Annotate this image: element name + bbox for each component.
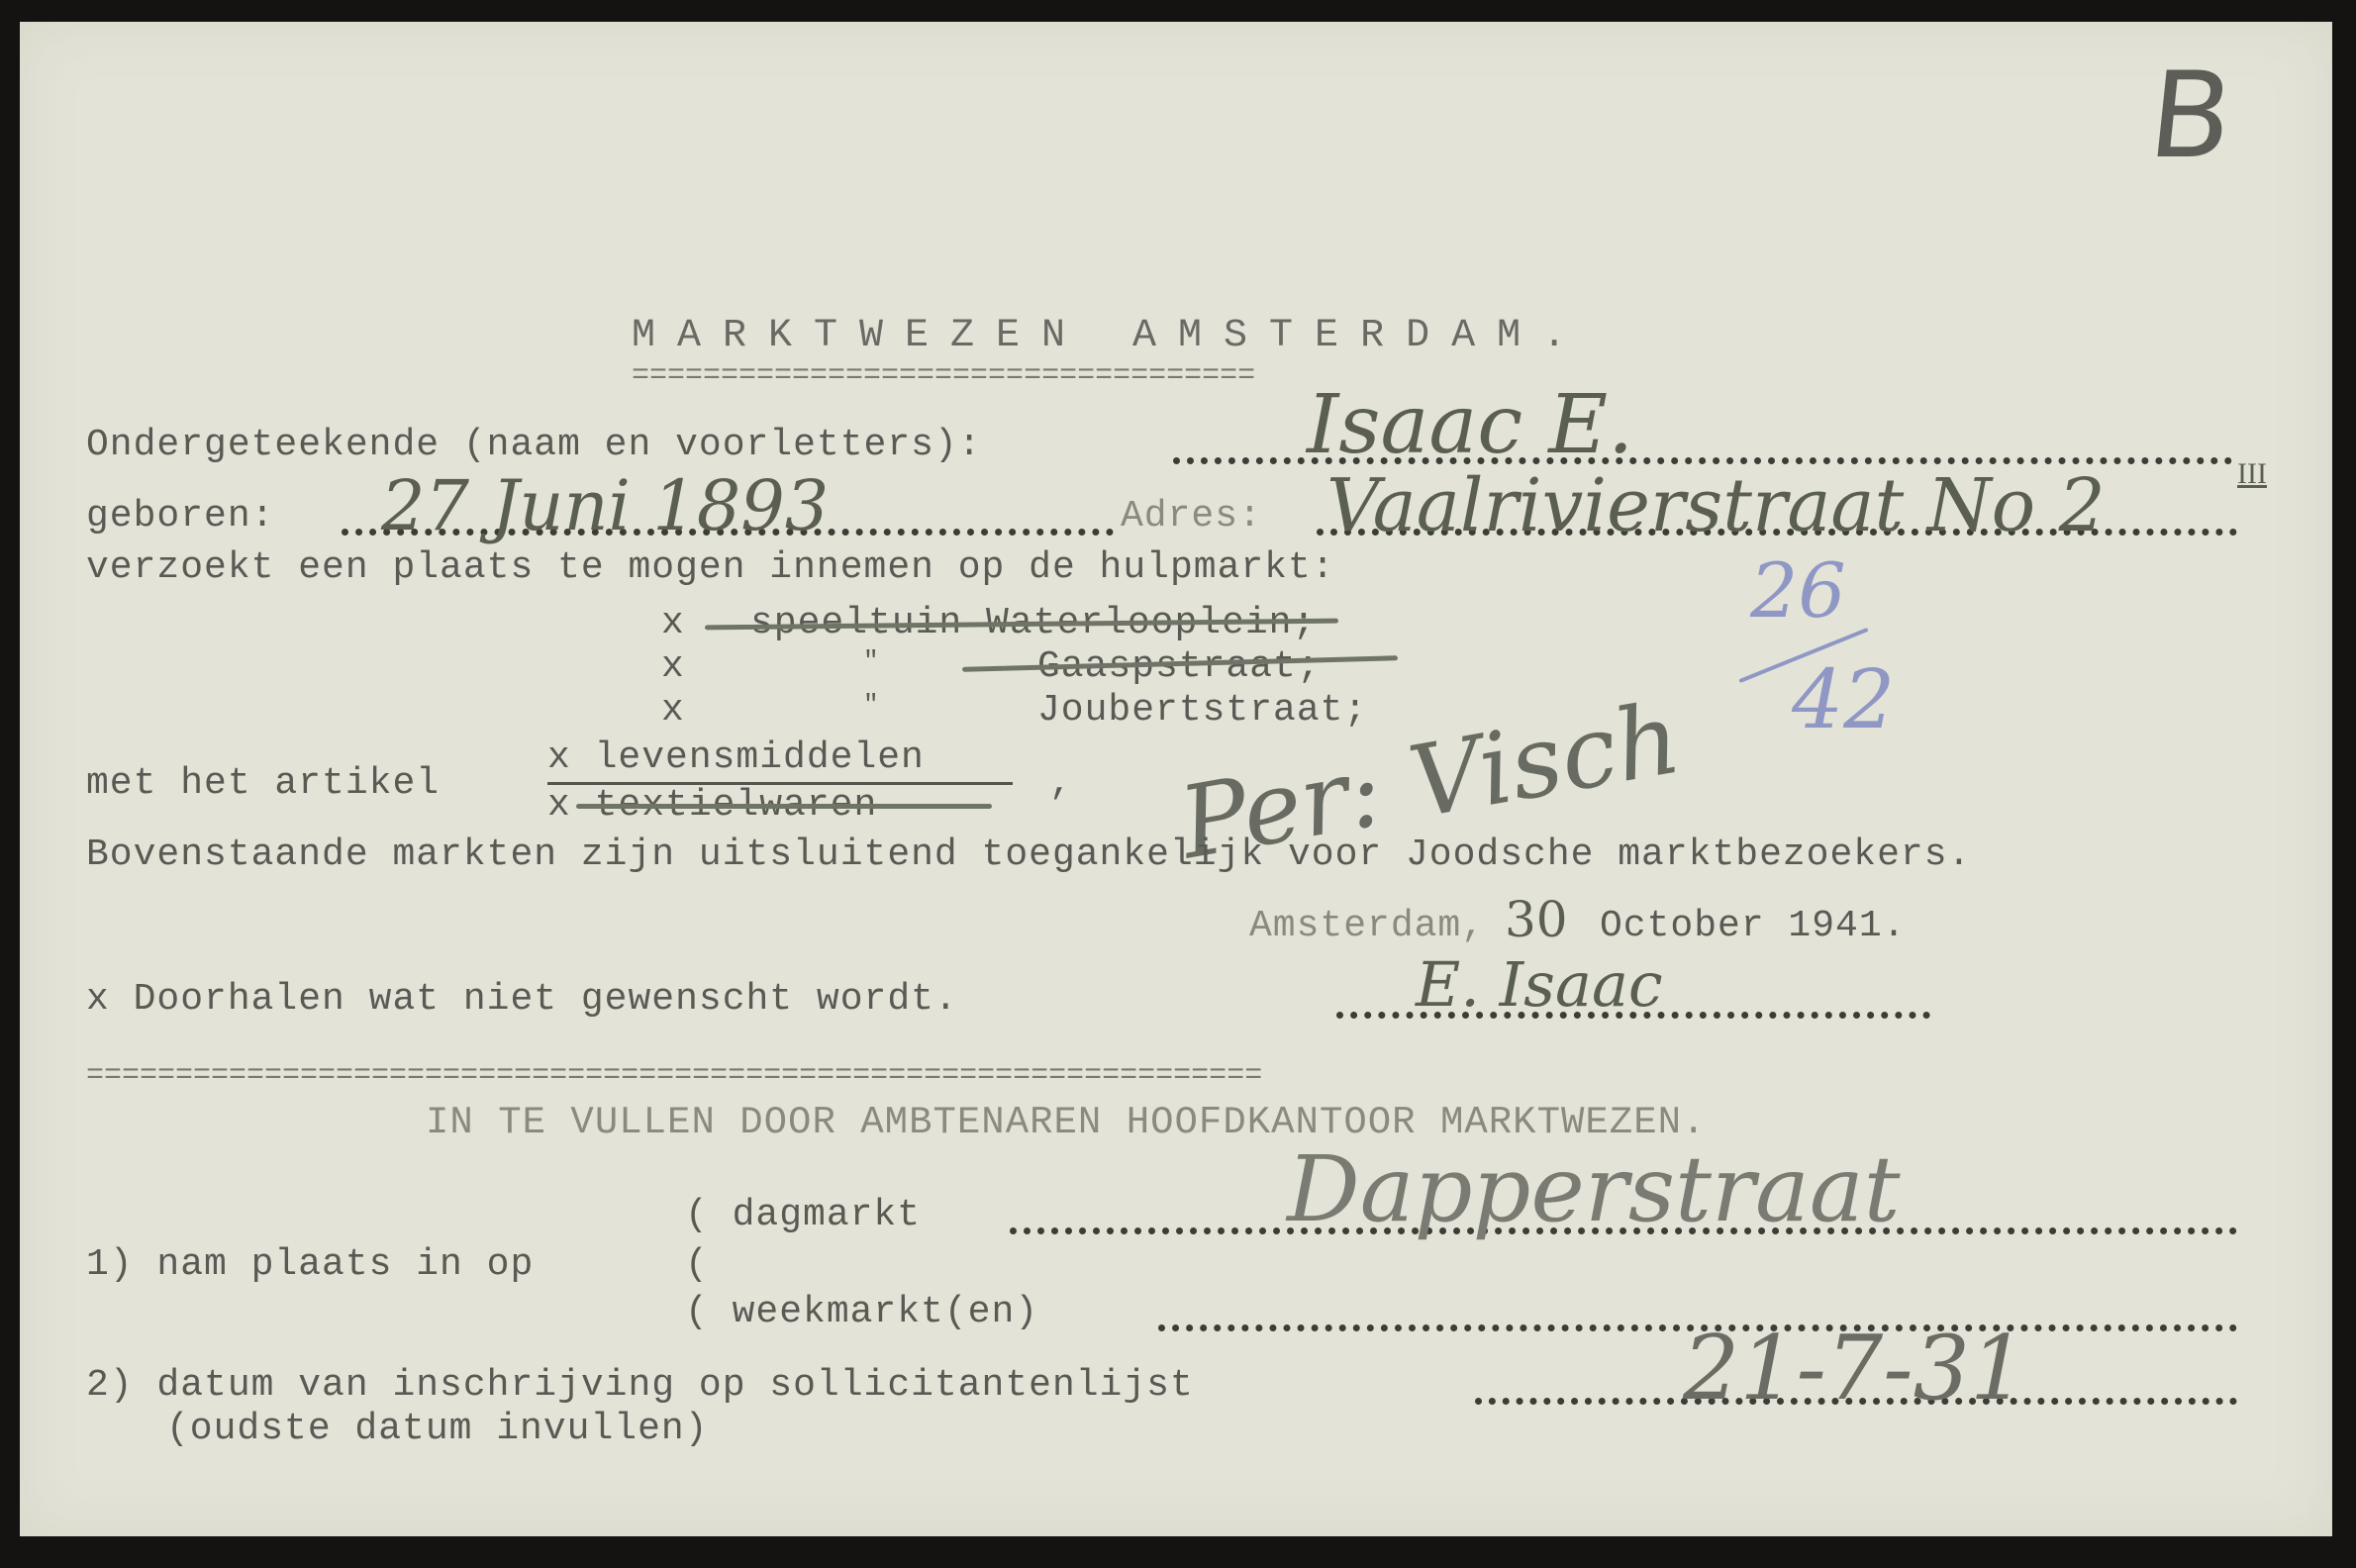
market-option-marker: x	[661, 602, 685, 645]
section-separator: ========================================…	[86, 1061, 2274, 1091]
place-date-prefix: Amsterdam,	[1249, 905, 1485, 948]
annotation-fraction-top: 26	[1750, 546, 1846, 635]
address-floor: III	[2237, 457, 2267, 491]
place-date-rest: October 1941.	[1600, 905, 1906, 948]
page-title: MARKTWEZEN AMSTERDAM.	[632, 315, 1588, 358]
undersigned-label: Ondergeteekende (naam en voorletters):	[86, 424, 982, 467]
article-option-levensmiddelen: x levensmiddelen	[547, 736, 925, 780]
undersigned-value: Isaac E.	[1307, 378, 1633, 472]
market-option-marker: x	[661, 689, 685, 733]
born-label: geboren:	[86, 495, 274, 539]
weekmarkt-label: ( weekmarkt(en)	[685, 1291, 1038, 1334]
notice-text: Bovenstaande markten zijn uitsluitend to…	[86, 833, 1971, 877]
item1-label: 1) nam plaats in op	[86, 1243, 534, 1287]
market-option-joubertstraat: Joubertstraat;	[1037, 689, 1367, 733]
ditto-mark: "	[863, 683, 880, 727]
address-value: Vaalrivierstraat No 2	[1326, 463, 2106, 548]
strikethrough	[576, 804, 992, 809]
brace-mid: (	[685, 1243, 709, 1287]
item2-value: 21-7-31	[1683, 1317, 2026, 1421]
address-label: Adres:	[1121, 495, 1262, 539]
strike-instruction: x Doorhalen wat niet gewenscht wordt.	[86, 978, 958, 1022]
dagmarkt-value: Dapperstraat	[1287, 1136, 1901, 1242]
market-option-marker: x	[661, 645, 685, 689]
item2-note: (oudste datum invullen)	[166, 1408, 709, 1451]
ditto-mark: "	[863, 639, 880, 683]
born-value: 27 Juni 1893	[381, 465, 829, 546]
article-suffix: ,	[1049, 762, 1073, 806]
request-text: verzoekt een plaats te mogen innemen op …	[86, 546, 1335, 590]
place-date-day: 30	[1505, 891, 1568, 948]
signature: E. Isaac	[1416, 948, 1663, 1021]
article-label: met het artikel	[86, 762, 440, 806]
item2-label: 2) datum van inschrijving op sollicitant…	[86, 1364, 1194, 1408]
corner-mark: B	[2143, 48, 2239, 185]
annotation-fraction-bottom: 42	[1792, 653, 1895, 747]
dagmarkt-label: ( dagmarkt	[685, 1194, 921, 1237]
